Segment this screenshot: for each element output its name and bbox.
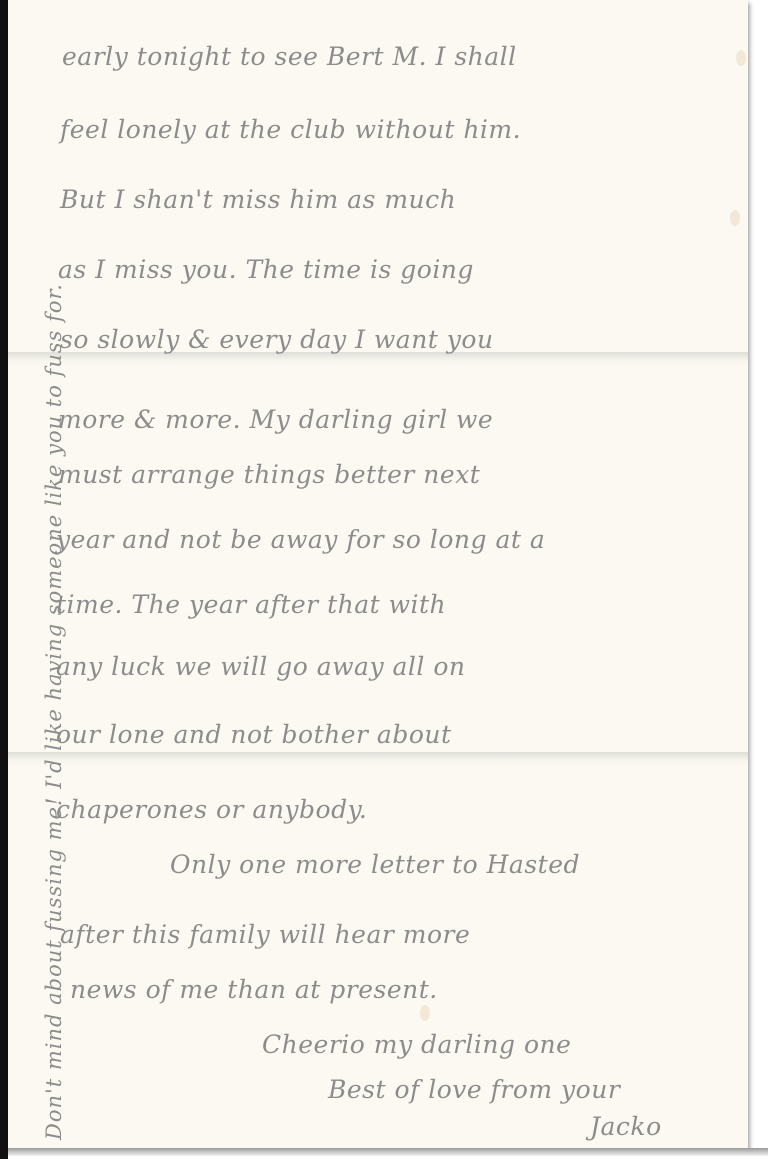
- closing-line: Cheerio my darling one: [262, 1030, 571, 1059]
- margin-note-vertical: Don't mind about fussing me! I'd like ha…: [42, 283, 66, 1140]
- letter-line-1: early tonight to see Bert M. I shall: [62, 42, 517, 71]
- letter-line-4: as I miss you. The time is going: [58, 255, 474, 284]
- letter-line-3: But I shan't miss him as much: [60, 185, 456, 214]
- fold-line-lower: [8, 752, 748, 766]
- letter-line-7: must arrange things better next: [58, 460, 480, 489]
- letter-line-13: Only one more letter to Hasted: [170, 850, 580, 879]
- page-shadow: [8, 1148, 768, 1159]
- sign-off-line: Best of love from your: [328, 1075, 620, 1104]
- letter-line-11: our lone and not bother about: [56, 720, 452, 749]
- paper-stain: [420, 1005, 430, 1021]
- letter-line-10: any luck we will go away all on: [56, 652, 466, 681]
- signature: Jacko: [590, 1112, 662, 1141]
- scanner-edge: [0, 0, 8, 1159]
- paper-stain: [730, 210, 740, 226]
- letter-line-6: more & more. My darling girl we: [58, 405, 493, 434]
- fold-line-upper: [8, 352, 748, 366]
- letter-line-2: feel lonely at the club without him.: [60, 115, 521, 144]
- letter-line-5: so slowly & every day I want you: [60, 325, 494, 354]
- letter-line-15: news of me than at present.: [70, 975, 438, 1004]
- letter-line-12: chaperones or anybody.: [56, 795, 367, 824]
- paper-stain: [736, 50, 746, 66]
- letter-line-8: year and not be away for so long at a: [56, 525, 545, 554]
- letter-line-9: time. The year after that with: [56, 590, 446, 619]
- letter-line-14: after this family will hear more: [60, 920, 470, 949]
